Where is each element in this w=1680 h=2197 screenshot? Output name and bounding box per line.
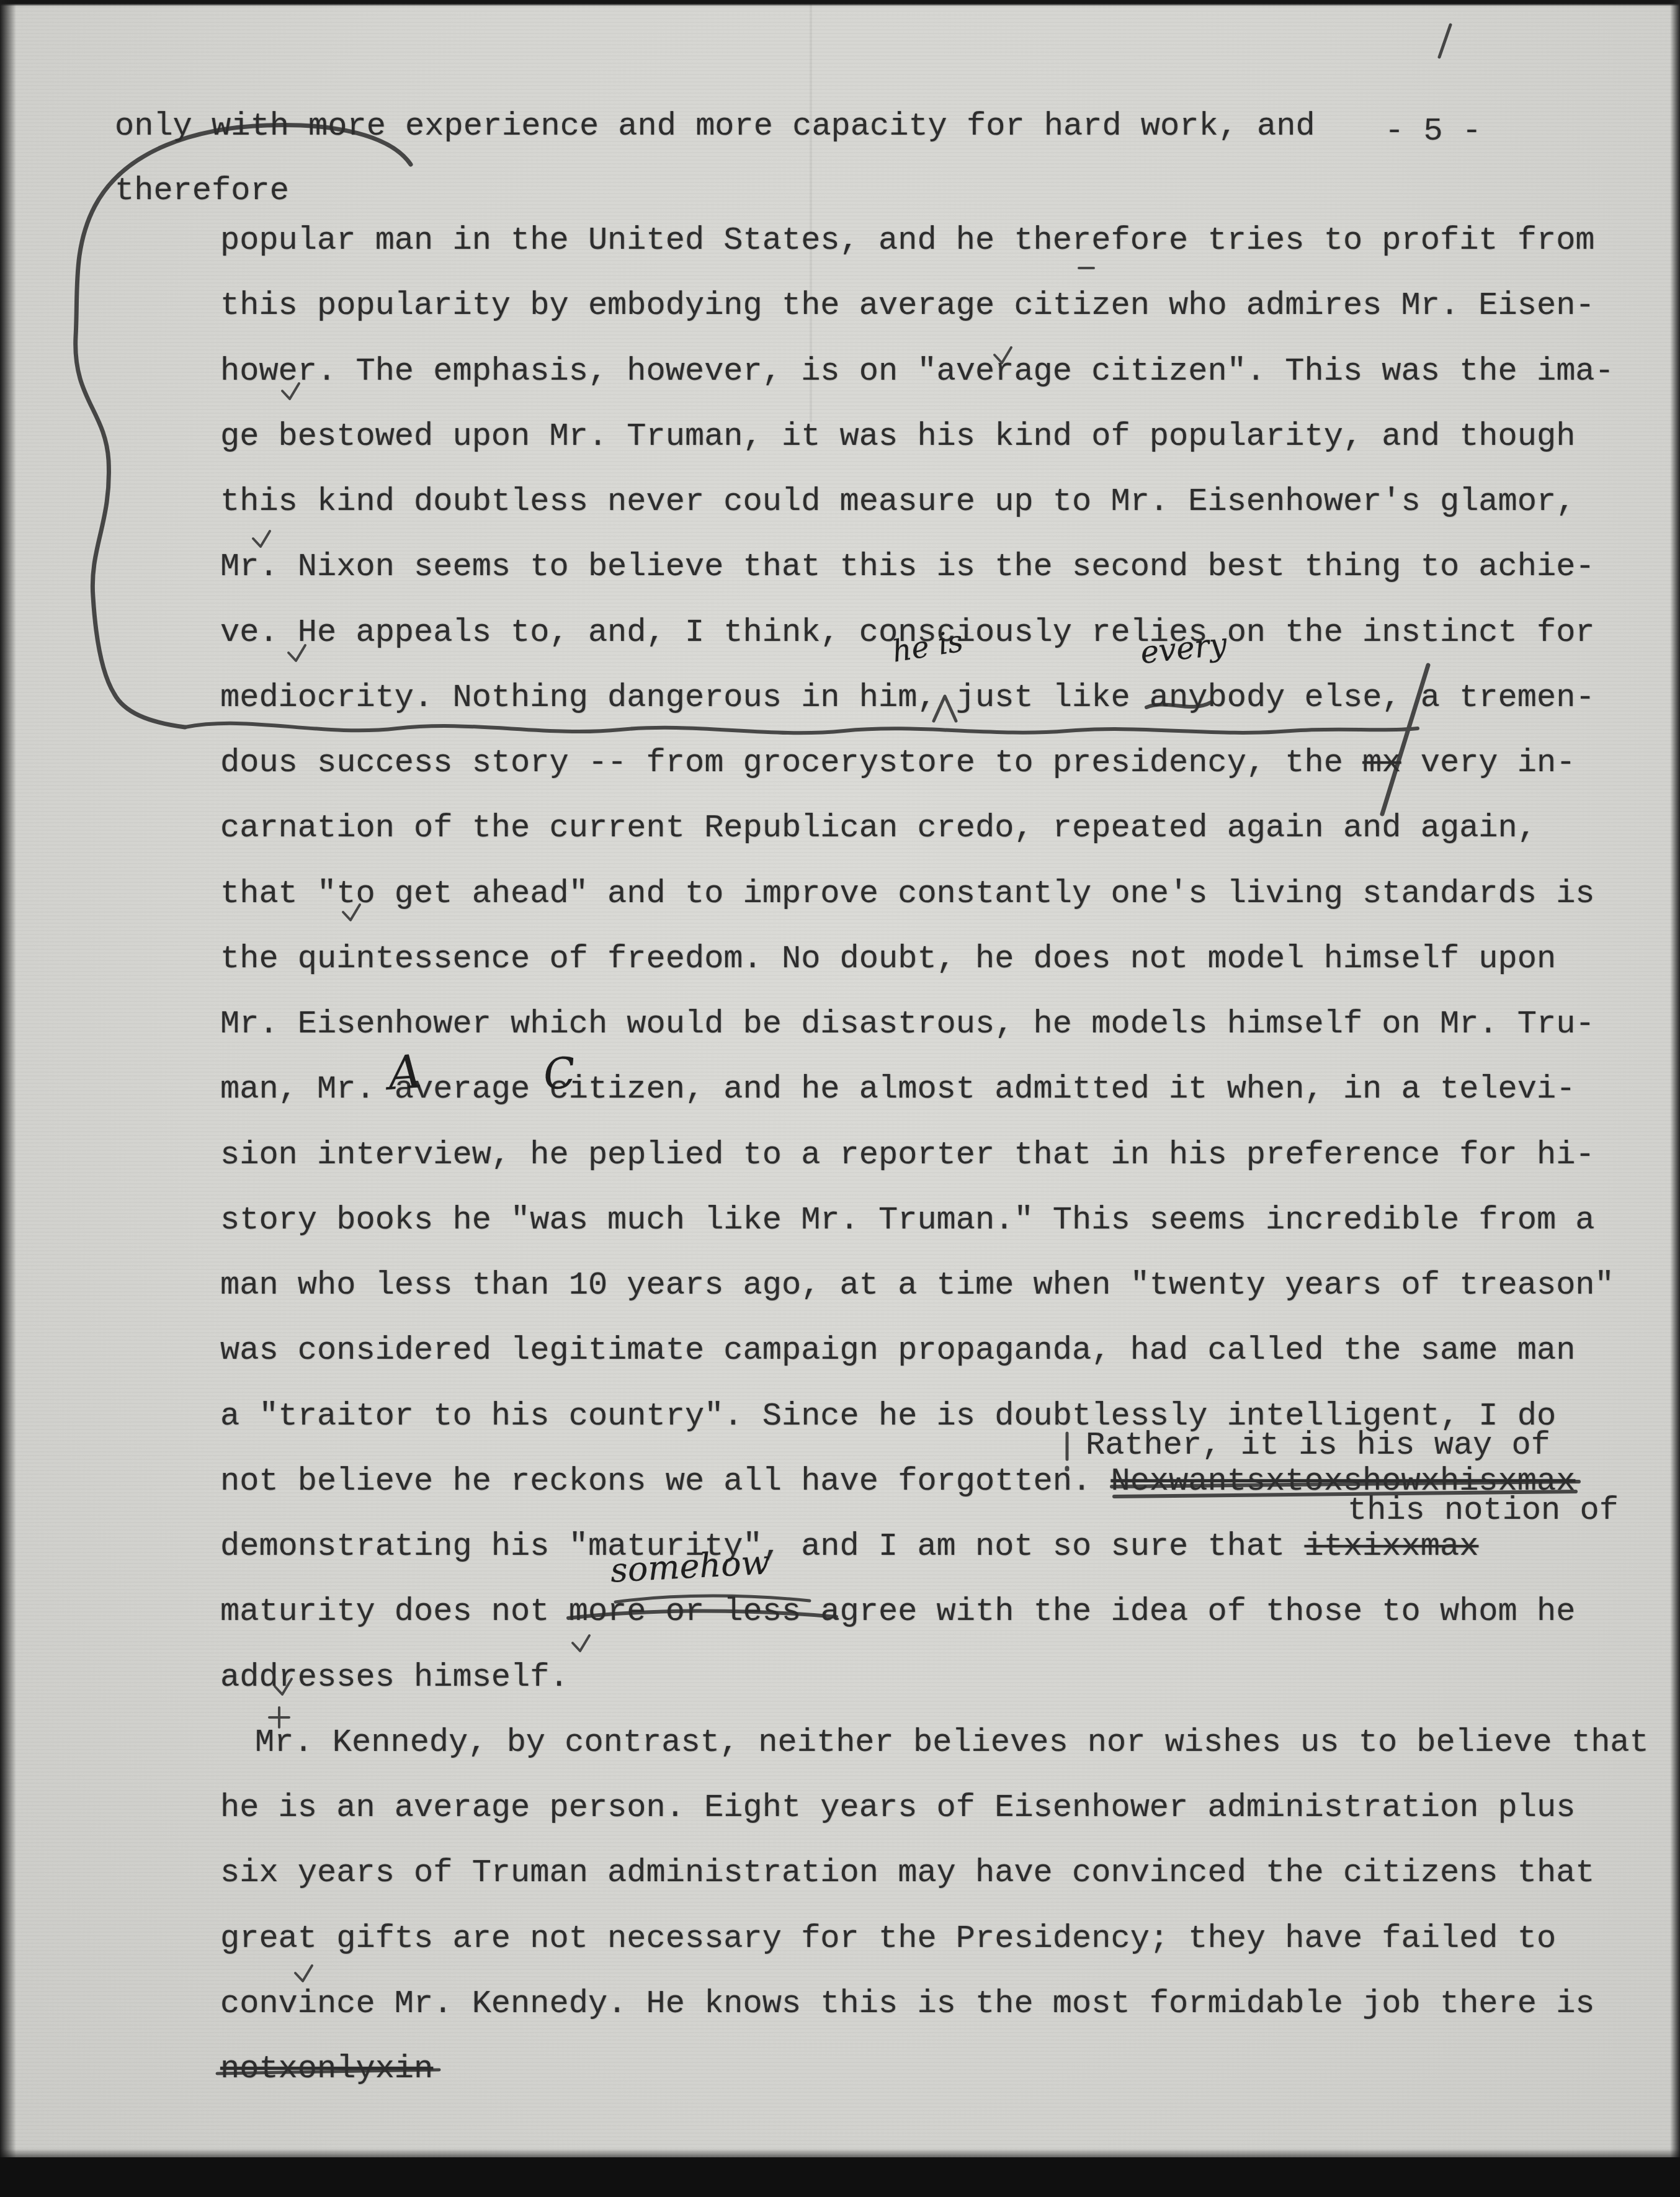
typed-line: ge bestowed upon Mr. Truman, it was his … bbox=[220, 421, 1575, 453]
typed-line-with-edits: mediocrity. Nothing dangerous in him, ju… bbox=[220, 682, 1595, 714]
typed-line: man, Mr. average citizen, and he almost … bbox=[220, 1073, 1575, 1106]
typed-segment: dous success story -- from grocerystore … bbox=[220, 745, 1362, 781]
typed-insertion-rather: Rather, it is his way of bbox=[1086, 1430, 1550, 1462]
typed-line-paragraph-start: Mr. Kennedy, by contrast, neither believ… bbox=[220, 1727, 1649, 1759]
scan-edge-left bbox=[0, 0, 16, 2197]
struck-letters: mx bbox=[1362, 745, 1401, 781]
typed-segment: mediocrity. Nothing dangerous in him, bbox=[220, 679, 956, 716]
handwritten-capital-c-correction: C bbox=[542, 1052, 578, 1097]
typed-line: Mr. Eisenhower which would be disastrous… bbox=[220, 1008, 1595, 1040]
typed-line: man who less than 10 years ago, at a tim… bbox=[220, 1269, 1614, 1302]
typed-line: convince Mr. Kennedy. He knows this is t… bbox=[220, 1988, 1595, 2020]
wavy-underline-stroke bbox=[185, 723, 1418, 733]
typed-line: Mr. Nixon seems to believe that this is … bbox=[220, 551, 1595, 583]
typed-insertion-this-notion: this notion of bbox=[1347, 1495, 1619, 1527]
typed-segment: a tremen- bbox=[1401, 679, 1595, 716]
typed-line-with-edits: maturity does not more or less agree wit… bbox=[220, 1596, 1575, 1628]
typed-line-with-edits: dous success story -- from grocerystore … bbox=[220, 747, 1575, 779]
typed-line: carnation of the current Republican cred… bbox=[220, 812, 1537, 844]
scan-edge-top bbox=[0, 0, 1680, 6]
typed-line: six years of Truman administration may h… bbox=[220, 1857, 1595, 1889]
typed-line-with-edits: demonstrating his "maturity", and I am n… bbox=[220, 1531, 1478, 1563]
typed-line-struck-out: notxonlyxin bbox=[220, 2053, 433, 2085]
carryover-line-2: therefore bbox=[115, 175, 289, 207]
handwritten-insertion-somehow: somehow bbox=[610, 1546, 771, 1587]
typed-line: the quintessence of freedom. No doubt, h… bbox=[220, 943, 1556, 975]
typed-segment: body else bbox=[1207, 679, 1382, 716]
scan-edge-right bbox=[1670, 0, 1680, 2197]
typed-line: hower. The emphasis, however, is on "ave… bbox=[220, 356, 1614, 388]
handwritten-insertion-every: every bbox=[1139, 629, 1228, 668]
struck-phrase: notxonlyxin bbox=[220, 2051, 433, 2087]
struck-word: any bbox=[1150, 679, 1208, 716]
struck-letters: itxixxmax bbox=[1304, 1528, 1478, 1565]
typed-line: sion interview, he peplied to a reporter… bbox=[220, 1139, 1595, 1171]
correction-mark bbox=[295, 1966, 312, 1981]
typed-segment: just like bbox=[956, 679, 1150, 716]
typed-line: this kind doubtless never could measure … bbox=[220, 486, 1575, 518]
struck-comma: , bbox=[1382, 679, 1401, 716]
typed-line: this popularity by embodying the average… bbox=[220, 290, 1595, 322]
typed-segment: not believe he reckons we all have forgo… bbox=[220, 1463, 1110, 1500]
typed-line: story books he "was much like Mr. Truman… bbox=[220, 1204, 1595, 1237]
correction-mark bbox=[253, 531, 270, 547]
typed-line: popular man in the United States, and he… bbox=[220, 225, 1595, 257]
typed-segment: maturity does not bbox=[220, 1593, 569, 1630]
scan-edge-bottom-fade bbox=[0, 2149, 1680, 2157]
stray-pen-tick bbox=[1439, 25, 1450, 57]
typewritten-manuscript-page: only with more experience and more capac… bbox=[0, 0, 1680, 2197]
typed-line: that "to get ahead" and to improve const… bbox=[220, 878, 1595, 910]
typed-line: he is an average person. Eight years of … bbox=[220, 1792, 1575, 1824]
typed-segment: agree with the idea of those to whom he bbox=[801, 1593, 1575, 1630]
typed-segment: very in- bbox=[1401, 745, 1576, 781]
page-number: - 5 - bbox=[1385, 113, 1481, 150]
handwritten-capital-a-correction: A bbox=[386, 1049, 422, 1097]
correction-mark bbox=[573, 1635, 589, 1651]
typed-line: great gifts are not necessary for the Pr… bbox=[220, 1923, 1556, 1955]
typed-line: was considered legitimate campaign propa… bbox=[220, 1335, 1575, 1367]
carryover-line-1: only with more experience and more capac… bbox=[115, 110, 1315, 143]
typed-line: addresses himself. bbox=[220, 1662, 569, 1694]
scan-edge-bottom bbox=[0, 2157, 1680, 2197]
struck-phrase: more or less bbox=[569, 1593, 801, 1630]
